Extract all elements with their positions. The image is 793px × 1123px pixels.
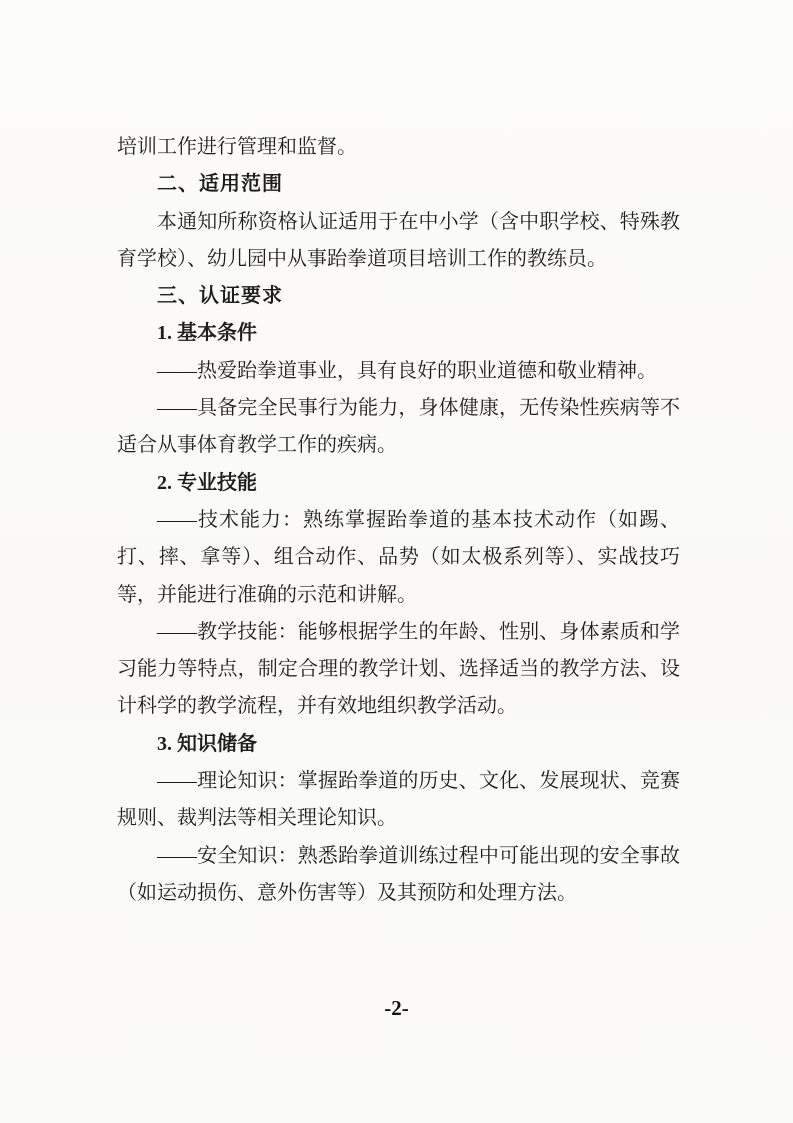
paragraph: ——热爱跆拳道事业，具有良好的职业道德和敬业精神。 bbox=[117, 353, 680, 390]
section-heading-scope: 二、适用范围 bbox=[117, 166, 680, 203]
paragraph: 本通知所称资格认证适用于在中小学（含中职学校、特殊教育学校）、幼儿园中从事跆拳道… bbox=[117, 204, 680, 279]
page-number: -2- bbox=[0, 996, 793, 1021]
paragraph: ——技术能力：熟练掌握跆拳道的基本技术动作（如踢、打、摔、拿等）、组合动作、品势… bbox=[117, 502, 680, 614]
subsection-heading-professional-skills: 2. 专业技能 bbox=[117, 465, 680, 502]
document-body: 培训工作进行管理和监督。 二、适用范围 本通知所称资格认证适用于在中小学（含中职… bbox=[117, 129, 680, 912]
subsection-heading-basic-conditions: 1. 基本条件 bbox=[117, 315, 680, 352]
paragraph-continuation: 培训工作进行管理和监督。 bbox=[117, 129, 680, 166]
subsection-heading-knowledge-reserve: 3. 知识储备 bbox=[117, 726, 680, 763]
paragraph: ——具备完全民事行为能力，身体健康，无传染性疾病等不适合从事体育教学工作的疾病。 bbox=[117, 390, 680, 465]
paragraph: ——教学技能：能够根据学生的年龄、性别、身体素质和学习能力等特点，制定合理的教学… bbox=[117, 614, 680, 726]
paragraph: ——安全知识：熟悉跆拳道训练过程中可能出现的安全事故（如运动损伤、意外伤害等）及… bbox=[117, 838, 680, 913]
section-heading-requirements: 三、认证要求 bbox=[117, 278, 680, 315]
paragraph: ——理论知识：掌握跆拳道的历史、文化、发展现状、竞赛规则、裁判法等相关理论知识。 bbox=[117, 763, 680, 838]
document-page: 培训工作进行管理和监督。 二、适用范围 本通知所称资格认证适用于在中小学（含中职… bbox=[0, 0, 793, 1123]
